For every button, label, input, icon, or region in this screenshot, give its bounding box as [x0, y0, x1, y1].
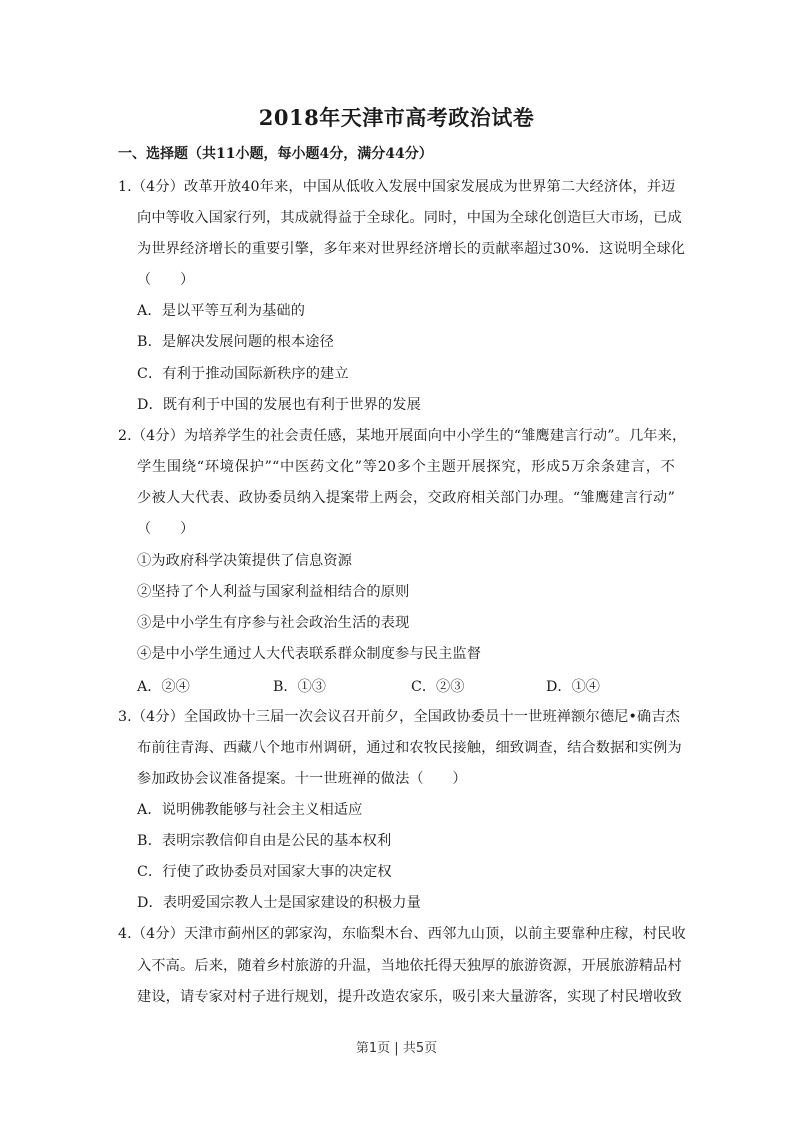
question-3-option-a: A．说明佛教能够与社会主义相适应	[137, 799, 362, 819]
question-2-answer-blank: （ ）	[137, 518, 194, 538]
question-2-option-d: D．①④	[546, 676, 600, 696]
question-1-answer-blank: （ ）	[137, 269, 194, 289]
exam-page: 2018年天津市高考政治试卷 一、选择题（共11小题，每小题4分，满分44分） …	[0, 0, 793, 1122]
question-1-line-2: 向中等收入国家行列，其成就得益于全球化。同时，中国为全球化创造巨大市场，已成	[137, 207, 675, 227]
question-3-line-3: 参加政协会议准备提案。十一世班禅的做法（ ）	[137, 768, 467, 788]
question-2-option-c: C．②③	[411, 676, 464, 696]
question-3-option-c: C．行使了政协委员对国家大事的决定权	[137, 861, 392, 881]
question-4-line-1: 4.（4分）天津市蓟州区的郭家沟，东临梨木台、西邻九山顶，以前主要靠种庄稼，村民…	[118, 923, 675, 943]
page-title: 2018年天津市高考政治试卷	[0, 102, 793, 132]
question-1-option-d: D．既有利于中国的发展也有利于世界的发展	[137, 394, 421, 414]
question-3-option-d: D．表明爱国宗教人士是国家建设的积极力量	[137, 892, 421, 912]
question-2-statement-1: ①为政府科学决策提供了信息资源	[137, 550, 352, 570]
question-4-line-3: 建设，请专家对村子进行规划，提升改造农家乐，吸引来大量游客，实现了村民增收致	[137, 986, 675, 1006]
question-2-option-b: B．①③	[273, 676, 326, 696]
question-2-statement-2: ②坚持了个人利益与国家利益相结合的原则	[137, 581, 409, 601]
question-1-line-3: 为世界经济增长的重要引擎，多年来对世界经济增长的贡献率超过30%．这说明全球化	[137, 238, 675, 258]
question-2-statement-3: ③是中小学生有序参与社会政治生活的表现	[137, 612, 409, 632]
page-footer: 第1页 | 共5页	[0, 1037, 793, 1056]
question-4-line-2: 入不高。后来，随着乡村旅游的升温，当地依托得天独厚的旅游资源，开展旅游精品村	[137, 955, 675, 975]
question-2-options-row: A．②④ B．①③ C．②③ D．①④	[137, 676, 677, 696]
question-2-line-1: 2.（4分）为培养学生的社会责任感，某地开展面向中小学生的“雏鹰建言行动”。几年…	[118, 425, 675, 445]
question-2-option-a: A．②④	[137, 676, 190, 696]
question-1-line-1: 1.（4分）改革开放40年来，中国从低收入发展中国家发展成为世界第二大经济体，并…	[118, 176, 675, 196]
question-3-option-b: B．表明宗教信仰自由是公民的基本权利	[137, 830, 391, 850]
question-1-option-a: A．是以平等互利为基础的	[137, 300, 305, 320]
question-3-line-2: 布前往青海、西藏八个地市州调研，通过和农牧民接触，细致调查，结合数据和实例为	[137, 737, 675, 757]
question-3-line-1: 3.（4分）全国政协十三届一次会议召开前夕，全国政协委员十一世班禅额尔德尼•确吉…	[118, 706, 675, 726]
question-2-statement-4: ④是中小学生通过人大代表联系群众制度参与民主监督	[137, 643, 481, 663]
question-2-line-3: 少被人大代表、政协委员纳入提案带上两会，交政府相关部门办理。“雏鹰建言行动”	[137, 487, 675, 507]
question-1-option-b: B．是解决发展问题的根本途径	[137, 331, 334, 351]
question-1-option-c: C．有利于推动国际新秩序的建立	[137, 363, 349, 383]
section-heading: 一、选择题（共11小题，每小题4分，满分44分）	[118, 143, 433, 163]
question-2-line-2: 学生围绕“环境保护”“中医药文化”等20多个主题开展探究，形成5万余条建言，不	[137, 456, 675, 476]
